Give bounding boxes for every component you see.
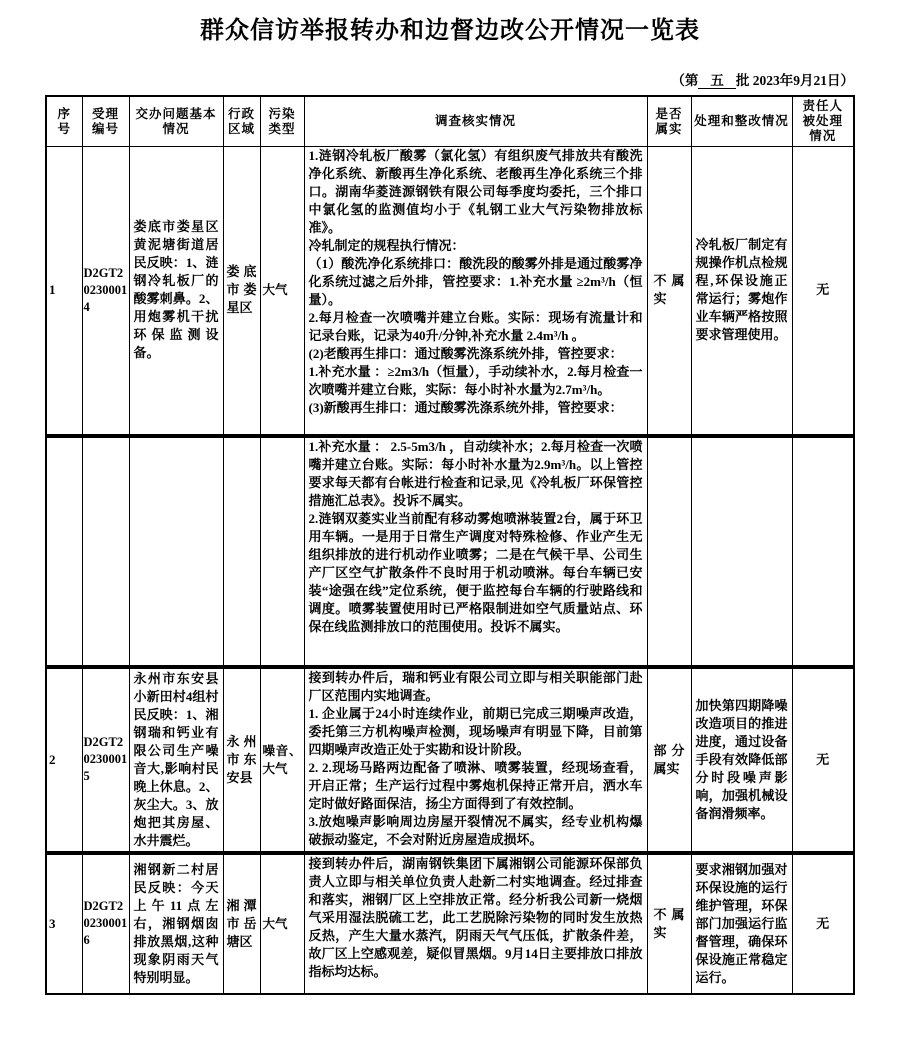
page-title: 群众信访举报转办和边督边改公开情况一览表 (0, 0, 900, 45)
cell-investigation: 接到转办件后，湖南钢铁集团下属湘钢公司能源环保部负责人立即与相关单位负责人赴新二… (304, 854, 647, 994)
cell-problem (129, 437, 223, 666)
cell-punished (792, 437, 854, 666)
cell-seq (46, 437, 82, 666)
cell-problem: 湘钢新二村居民反映：今天上午11点左右，湘钢烟囱排放黑烟,这种现象阴雨天气特别明… (129, 854, 223, 994)
cell-pollution (260, 437, 304, 666)
cell-problem: 娄底市娄星区黄泥塘街道居民反映：1、涟钢冷轧板厂的酸雾刺鼻。2、用炮雾机干扰环保… (129, 147, 223, 435)
cell-pollution: 大气 (260, 854, 304, 994)
table-row: 2 D2GT202300015 永州市东安县小新田村4组村民反映：1、湘钢瑞和钙… (46, 668, 854, 852)
cell-seq: 3 (46, 854, 82, 994)
header-punished: 责任人 被处理 情况 (792, 96, 854, 147)
cell-id: D2GT202300015 (82, 668, 129, 852)
cell-region (223, 437, 260, 666)
cell-verified: 部分属实 (647, 668, 691, 852)
table-row: 1.补充水量 ： 2.5-5m3/h ，自动续补水；2.每月检查一次喷嘴并建立台… (46, 437, 854, 666)
cell-investigation: 1.补充水量 ： 2.5-5m3/h ，自动续补水；2.每月检查一次喷嘴并建立台… (304, 437, 647, 666)
cell-pollution: 噪音、大气 (260, 668, 304, 852)
table-fragment-1: 序 号 受理 编号 交办问题基本 情况 行政 区域 污染 类型 调查核实情况 是… (45, 95, 855, 436)
header-pollution: 污染 类型 (260, 96, 304, 147)
cell-region: 娄底市娄星区 (223, 147, 260, 435)
table-fragment-3: 2 D2GT202300015 永州市东安县小新田村4组村民反映：1、湘钢瑞和钙… (45, 667, 855, 853)
table-row: 1 D2GT202300014 娄底市娄星区黄泥塘街道居民反映：1、涟钢冷轧板厂… (46, 147, 854, 435)
header-problem: 交办问题基本 情况 (129, 96, 223, 147)
cell-investigation: 1.涟钢冷轧板厂酸雾（氯化氢）有组织废气排放共有酸洗净化系统、新酸再生净化系统、… (304, 147, 647, 435)
header-id: 受理 编号 (82, 96, 129, 147)
table-row: 3 D2GT202300016 湘钢新二村居民反映：今天上午11点左右，湘钢烟囱… (46, 854, 854, 994)
header-seq: 序 号 (46, 96, 82, 147)
cell-action: 加快第四期降噪改造项目的推进进度，通过设备手段有效降低部分时段噪声影响，加强机械… (691, 668, 792, 852)
cell-investigation: 接到转办件后，瑞和钙业有限公司立即与相关职能部门赴厂区范围内实地调查。 1. 企… (304, 668, 647, 852)
cell-punished: 无 (792, 854, 854, 994)
cell-id: D2GT202300014 (82, 147, 129, 435)
cell-punished: 无 (792, 668, 854, 852)
cell-problem: 永州市东安县小新田村4组村民反映：1、湘钢瑞和钙业有限公司生产噪音大,影响村民晚… (129, 668, 223, 852)
cell-id: D2GT202300016 (82, 854, 129, 994)
cell-seq: 2 (46, 668, 82, 852)
batch-prefix: （第 (671, 73, 698, 88)
cell-id (82, 437, 129, 666)
table-fragment-4: 3 D2GT202300016 湘钢新二村居民反映：今天上午11点左右，湘钢烟囱… (45, 853, 855, 995)
cell-verified: 不属实 (647, 147, 691, 435)
table-fragment-2: 1.补充水量 ： 2.5-5m3/h ，自动续补水；2.每月检查一次喷嘴并建立台… (45, 436, 855, 667)
header-action: 处理和整改情况 (691, 96, 792, 147)
cell-punished: 无 (792, 147, 854, 435)
cell-region: 湘潭市岳塘区 (223, 854, 260, 994)
cell-verified: 不属实 (647, 854, 691, 994)
header-region: 行政 区域 (223, 96, 260, 147)
cell-pollution: 大气 (260, 147, 304, 435)
cell-seq: 1 (46, 147, 82, 435)
header-row: 序 号 受理 编号 交办问题基本 情况 行政 区域 污染 类型 调查核实情况 是… (46, 96, 854, 147)
cell-action: 要求湘钢加强对环保设施的运行维护管理，环保部门加强运行监督管理，确保环保设施正常… (691, 854, 792, 994)
batch-number: 五 (698, 73, 736, 89)
header-verified: 是否 属实 (647, 96, 691, 147)
cell-verified (647, 437, 691, 666)
cell-action: 冷轧板厂制定有规操作机点检规程,环保设施正常运行；雾炮作业车辆严格按照要求管理使… (691, 147, 792, 435)
cell-action (691, 437, 792, 666)
cell-region: 永州市东安县 (223, 668, 260, 852)
header-investigation: 调查核实情况 (304, 96, 647, 147)
batch-suffix: 批 2023年9月21日） (736, 73, 854, 88)
batch-line: （第五批 2023年9月21日） (46, 69, 854, 89)
